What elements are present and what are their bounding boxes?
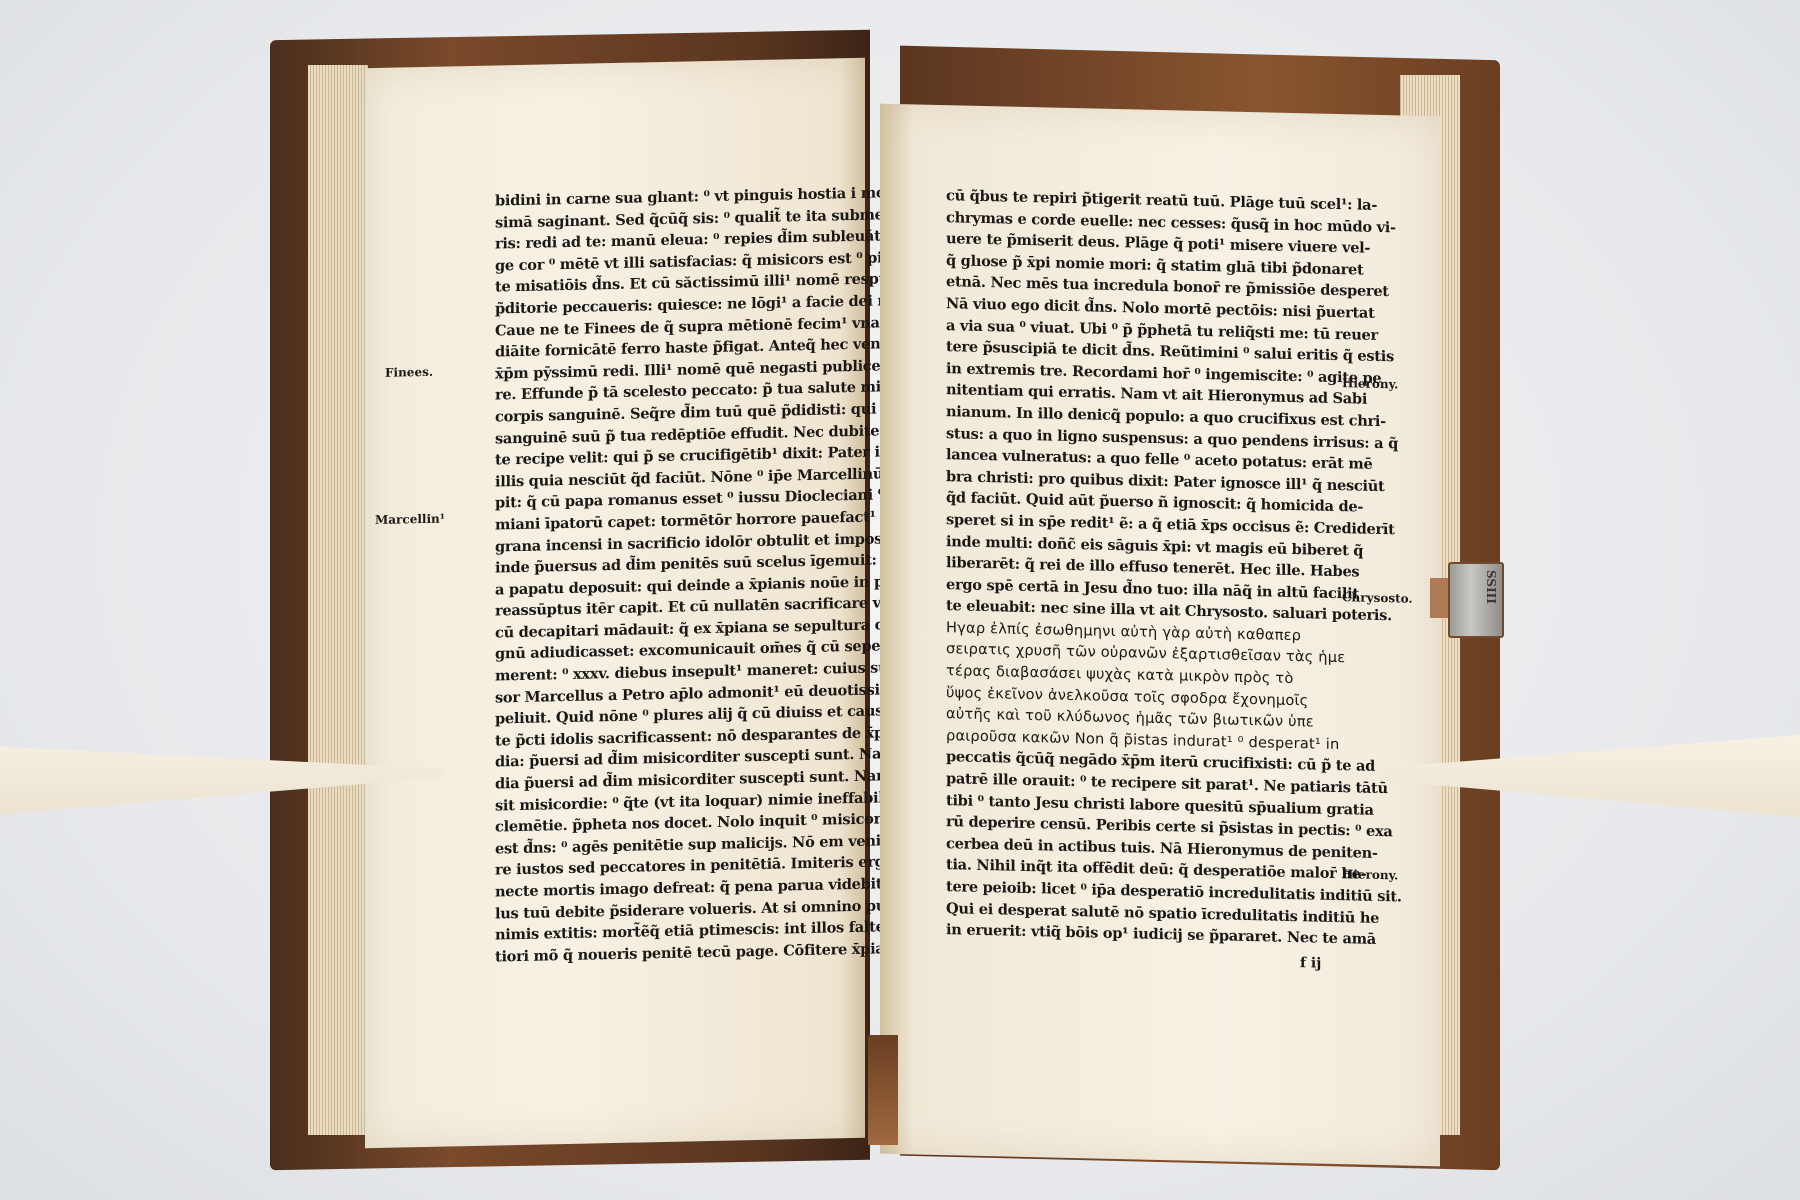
right-page: cū q̃bus te repiri p̃tigerit reatū tuu… <box>880 104 1440 1167</box>
clasp-engraving: SSIII <box>1454 570 1498 604</box>
left-page-edges <box>308 65 368 1135</box>
margin-note-chrysostomus: Chrysosto. <box>1342 590 1413 606</box>
open-book: bidini in carne sua glıant: ⁰ vt pinguis… <box>270 35 1500 1165</box>
margin-note-hieronymus-2: Hierony. <box>1342 867 1398 882</box>
margin-note-hieronymus-1: Hierony. <box>1342 376 1398 391</box>
signature-mark: f ij <box>1300 955 1321 971</box>
left-page: bidini in carne sua glıant: ⁰ vt pinguis… <box>365 58 865 1148</box>
metal-clasp: SSIII <box>1448 562 1504 638</box>
right-page-text: cū q̃bus te repiri p̃tigerit reatū tuu… <box>946 185 1402 951</box>
margin-note-marcellinus: Marcellin¹ <box>375 512 445 527</box>
spine-bottom <box>868 1035 898 1145</box>
margin-note-finees: Finees. <box>385 365 433 380</box>
